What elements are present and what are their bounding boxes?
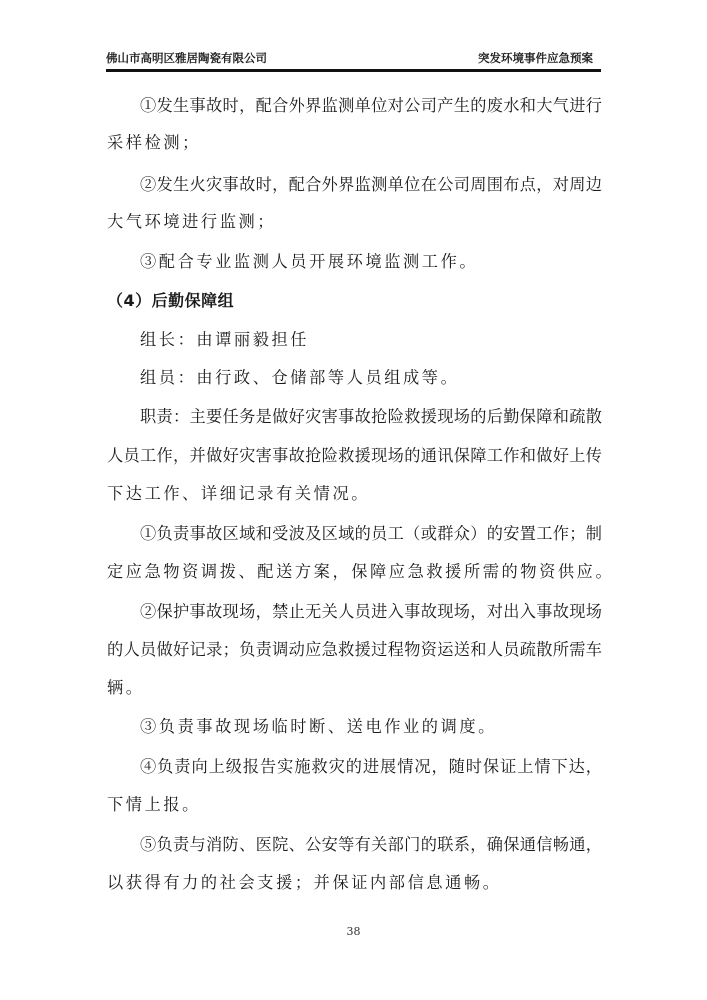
page-header: 佛山市高明区雅居陶瓷有限公司 突发环境事件应急预案 — [106, 48, 601, 68]
text-line: ①发生事故时，配合外界监测单位对公司产生的废水和大气进行 — [107, 93, 602, 119]
text-line: 人员工作，并做好灾害事故抢险救援现场的通讯保障工作和做好上传 — [107, 443, 602, 469]
text-line: 以获得有力的社会支援；并保证内部信息通畅。 — [107, 870, 602, 896]
text-line: 的人员做好记录；负责调动应急救援过程物资运送和人员疏散所需车 — [107, 637, 602, 663]
page-number: 38 — [0, 925, 707, 938]
text-line: 采样检测； — [107, 130, 602, 156]
text-line: 定应急物资调拨、配送方案，保障应急救援所需的物资供应。 — [107, 559, 602, 585]
text-line: ⑤负责与消防、医院、公安等有关部门的联系，确保通信畅通， — [107, 832, 602, 858]
header-rule — [106, 69, 601, 72]
company-name: 佛山市高明区雅居陶瓷有限公司 — [106, 50, 267, 66]
text-line: 下达工作、详细记录有关情况。 — [107, 481, 602, 507]
text-line: 组员：由行政、仓储部等人员组成等。 — [107, 365, 602, 391]
text-line: 辆。 — [107, 675, 602, 701]
text-line: ④负责向上级报告实施救灾的进展情况，随时保证上情下达， — [107, 754, 602, 780]
text-line: 大气环境进行监测； — [107, 209, 602, 235]
section-heading: （4）后勤保障组 — [107, 288, 602, 314]
text-line: 下情上报。 — [107, 792, 602, 818]
document-title: 突发环境事件应急预案 — [478, 50, 593, 66]
text-line: ②发生火灾事故时，配合外界监测单位在公司周围布点，对周边 — [107, 172, 602, 198]
text-line: ①负责事故区域和受波及区域的员工（或群众）的安置工作；制 — [107, 521, 602, 547]
text-line: ②保护事故现场，禁止无关人员进入事故现场，对出入事故现场 — [107, 599, 602, 625]
text-line: 组长：由谭丽毅担任 — [107, 327, 602, 353]
text-line: 职责：主要任务是做好灾害事故抢险救援现场的后勤保障和疏散 — [107, 404, 602, 430]
text-line: ③负责事故现场临时断、送电作业的调度。 — [107, 714, 602, 740]
text-line: ③配合专业监测人员开展环境监测工作。 — [107, 249, 602, 275]
